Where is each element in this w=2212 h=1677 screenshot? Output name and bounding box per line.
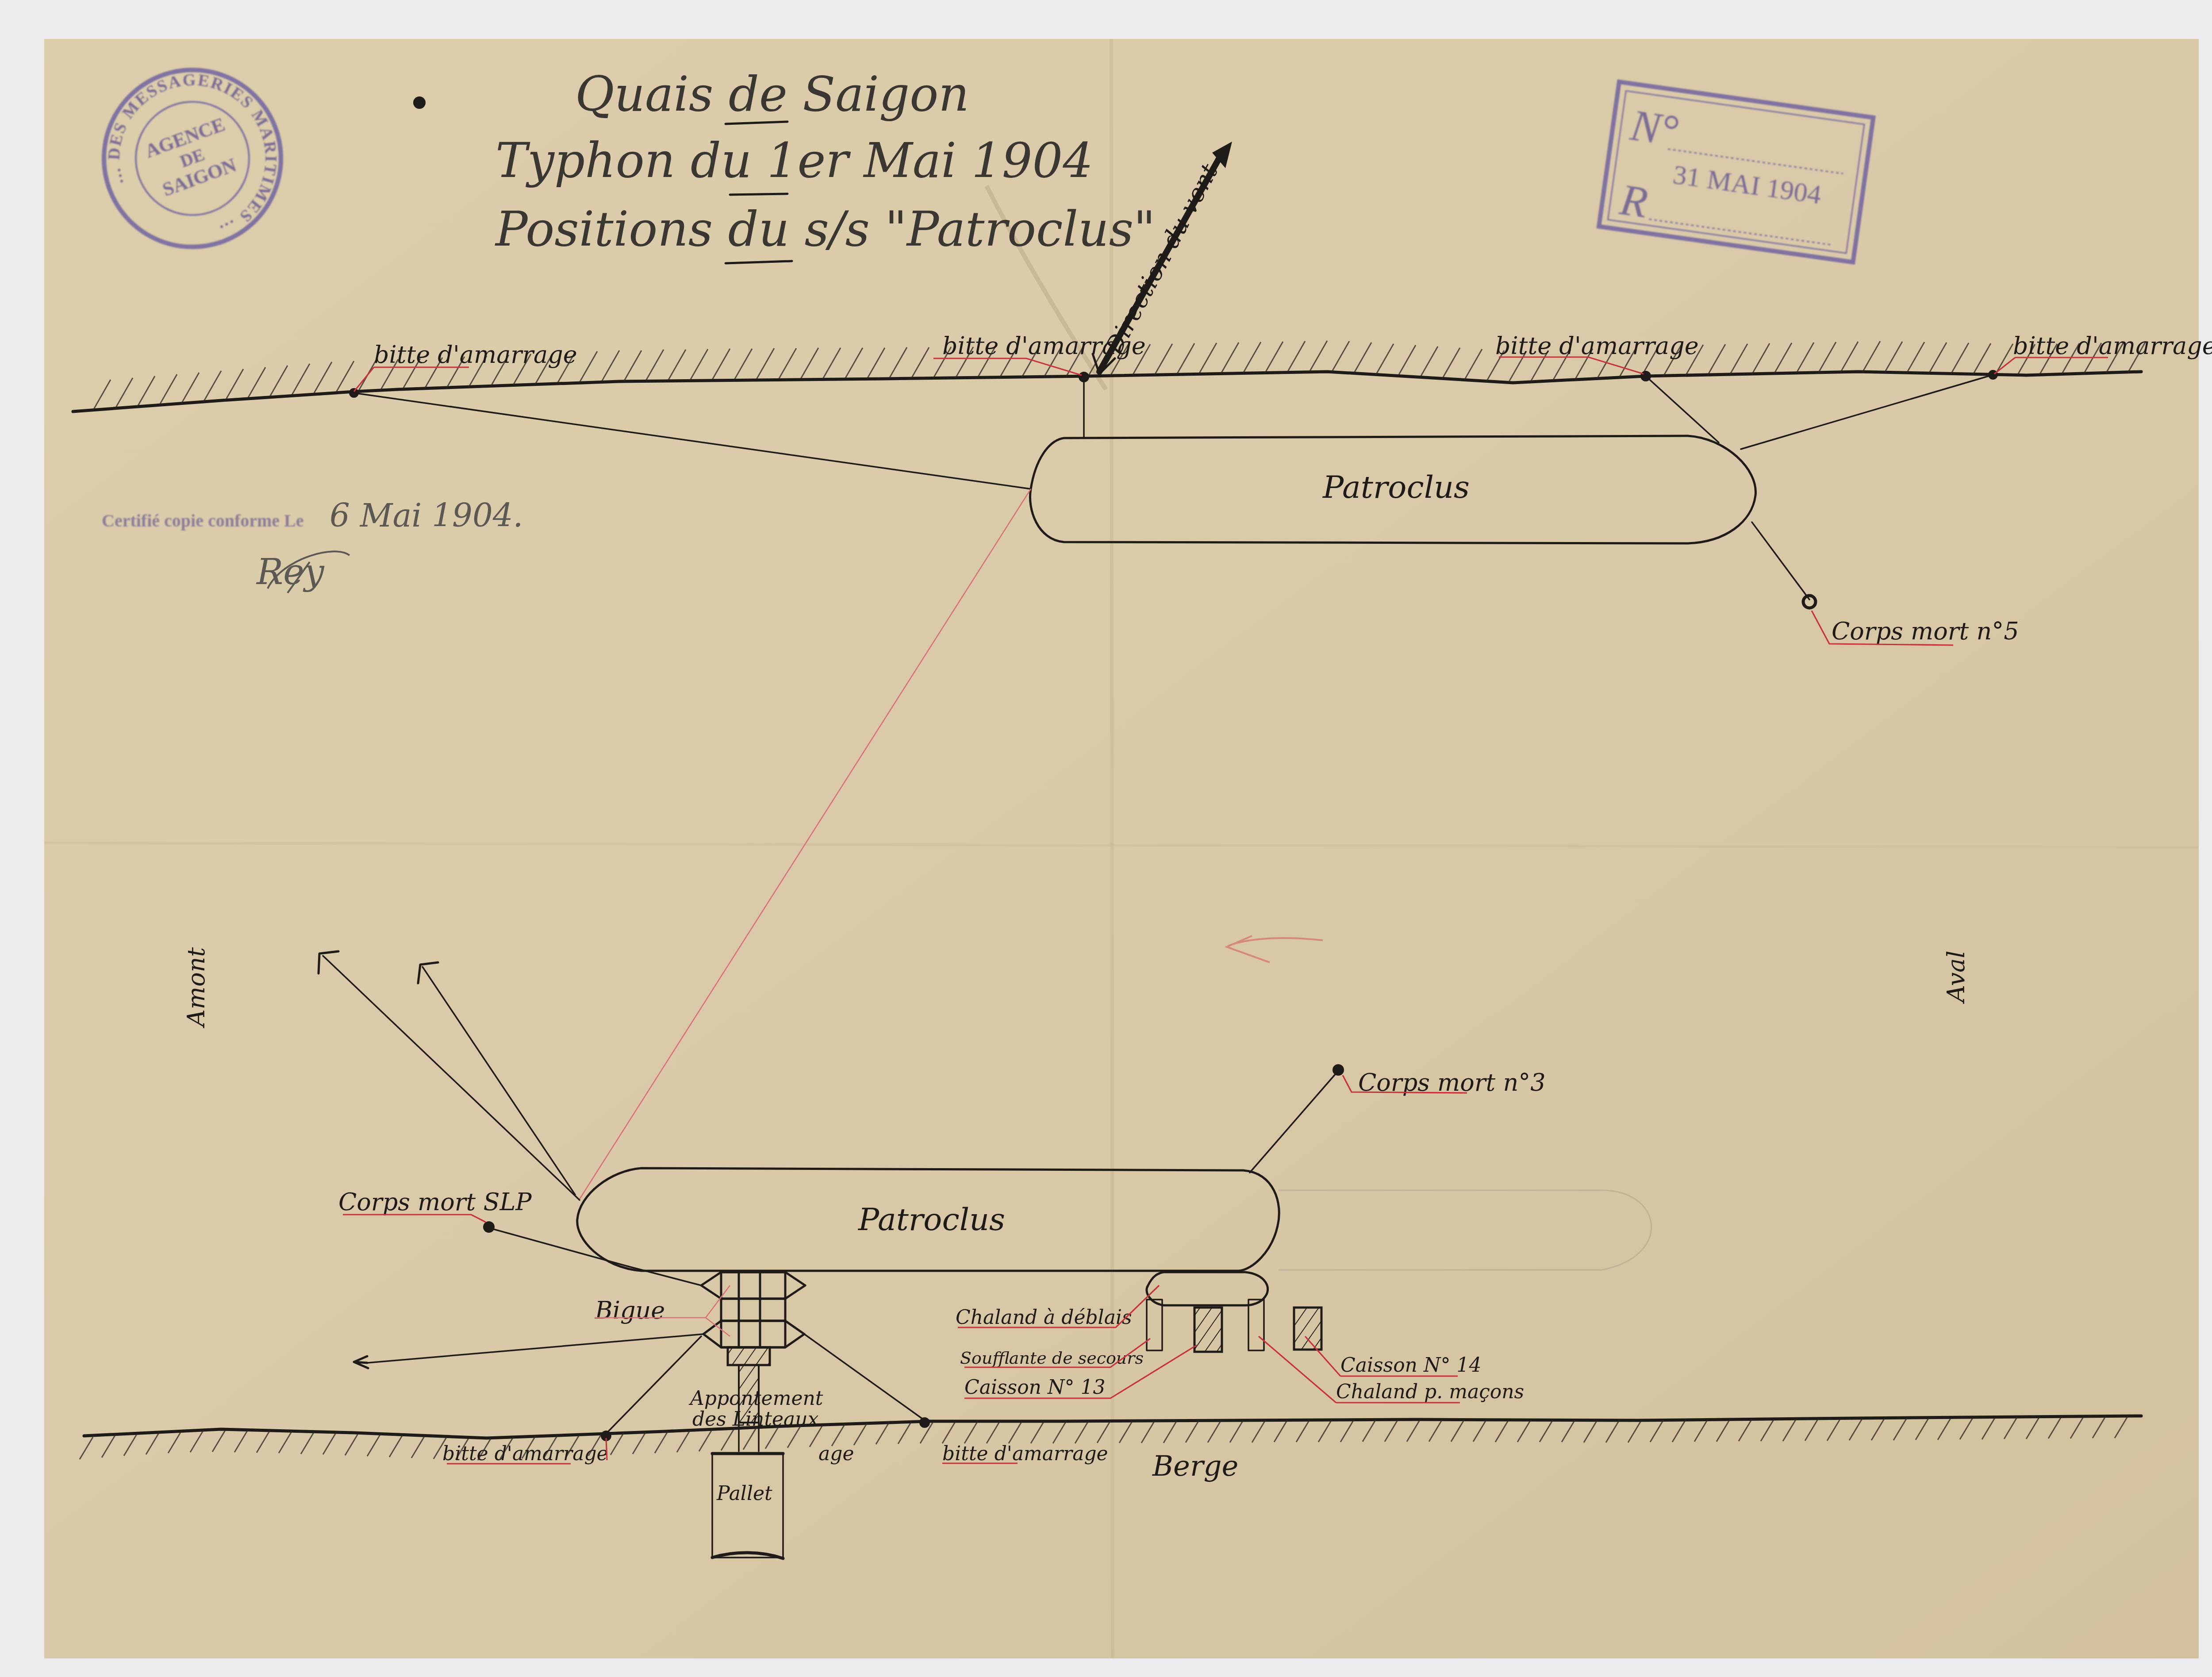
- vessel-label-chaland-deblais: Chaland à déblais: [956, 1306, 1132, 1329]
- lower-bollard-label-2: bitte d'amarrage: [942, 1442, 1108, 1465]
- bollard-label-4: bitte d'amarrage: [2013, 332, 2212, 360]
- certified-stamp-text: Certifié copie conforme Le: [102, 511, 303, 531]
- certified-date: 6 Mai 1904.: [330, 497, 523, 534]
- paper-sheet: [44, 39, 2199, 1658]
- ink-dot: [413, 96, 426, 109]
- title-line-1: Quais de Saigon: [575, 67, 969, 122]
- harbour-plan: Quais de Saigon Typhon du 1er Mai 1904 P…: [0, 0, 2212, 1677]
- vessel-label-soufflante: Soufflante de secours: [960, 1348, 1144, 1368]
- appontement-label-1: Appontement: [688, 1387, 823, 1410]
- downstream-label: Aval: [1942, 950, 1970, 1004]
- bollard-label-1: bitte d'amarrage: [374, 341, 577, 369]
- svg-text:N°: N°: [1627, 100, 1681, 155]
- mooring-buoy-slp: [483, 1221, 495, 1233]
- pallet-label: Pallet: [716, 1482, 772, 1505]
- mooring-label-5: Corps mort n°5: [1832, 617, 2019, 645]
- bank-label: Berge: [1152, 1450, 1238, 1483]
- title-underline-2: [730, 194, 787, 195]
- upstream-label: Amont: [182, 947, 210, 1029]
- vessel-label-caisson-14: Caisson N° 14: [1340, 1354, 1481, 1377]
- upper-ship-name: Patroclus: [1322, 469, 1470, 505]
- mooring-buoy-3: [1333, 1064, 1344, 1076]
- lower-bollard-label-1: bitte d'amarrage: [442, 1442, 608, 1465]
- bigue-label: Bigue: [595, 1296, 665, 1324]
- signature: Rey: [256, 551, 325, 592]
- mooring-label-slp: Corps mort SLP: [338, 1188, 532, 1216]
- lower-ship-name: Patroclus: [857, 1201, 1005, 1238]
- bollard-label-3: bitte d'amarrage: [1495, 332, 1699, 360]
- lower-bollard-2: [919, 1417, 930, 1428]
- vessel-label-chaland-macons: Chaland p. maçons: [1336, 1381, 1524, 1403]
- title-line-2: Typhon du 1er Mai 1904: [495, 133, 1093, 188]
- vessel-label-caisson-13: Caisson N° 13: [964, 1376, 1105, 1399]
- partial-label-age: age: [818, 1442, 854, 1465]
- fold-line-vertical: [1111, 39, 1113, 1658]
- title-line-3: Positions du s/s "Patroclus": [495, 202, 1156, 257]
